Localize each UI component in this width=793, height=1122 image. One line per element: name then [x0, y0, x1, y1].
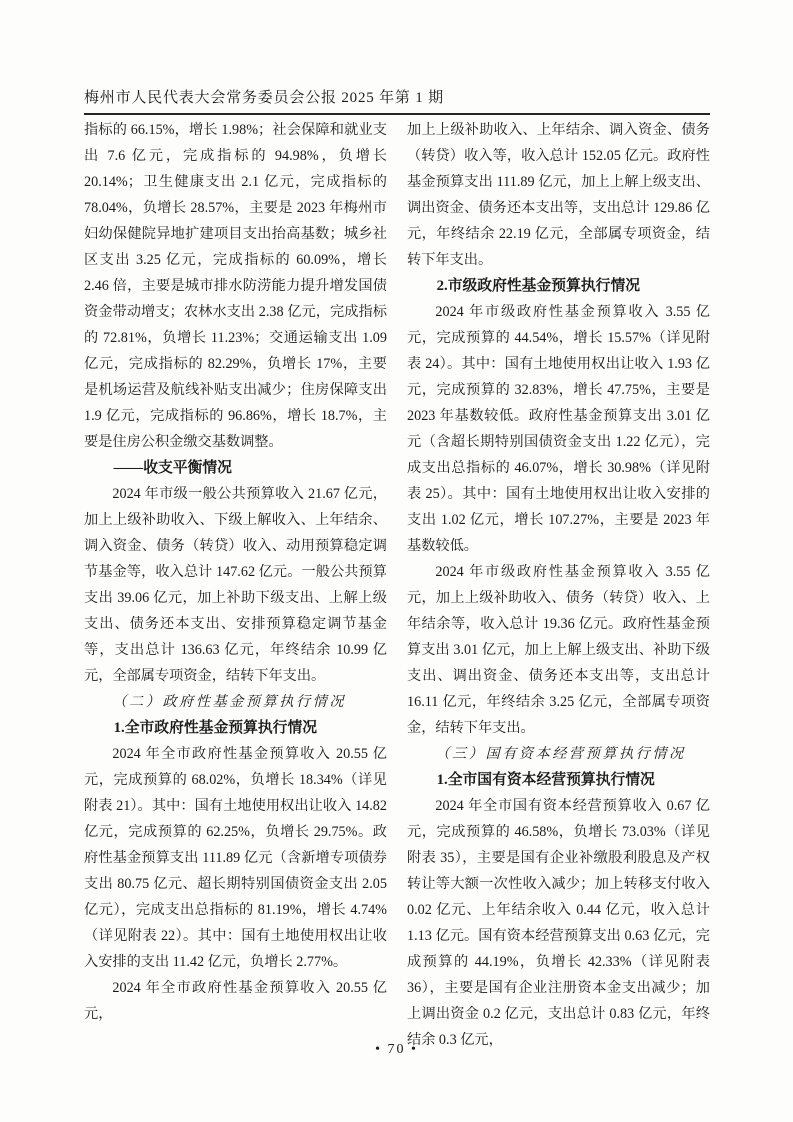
heading-state-capital-budget: （三）国有资本经营预算执行情况	[407, 741, 710, 767]
page-header: 梅州市人民代表大会常务委员会公报 2025 年第 1 期	[84, 86, 710, 115]
left-column: 指标的 66.15%，增长 1.98%；社会保障和就业支出 7.6 亿元，完成指…	[84, 117, 387, 1053]
heading-citywide-state-capital: 1.全市国有资本经营预算执行情况	[407, 767, 710, 793]
page-number: • 70 •	[375, 1042, 418, 1057]
paragraph-citywide-fund-execution: 2024 年全市政府性基金预算收入 20.55 亿元，完成预算的 68.02%，…	[84, 741, 387, 975]
paragraph-state-capital-execution: 2024 年全市国有资本经营预算收入 0.67 亿元，完成预算的 46.58%，…	[407, 793, 710, 1053]
two-column-body: 指标的 66.15%，增长 1.98%；社会保障和就业支出 7.6 亿元，完成指…	[84, 117, 710, 1053]
header-title: 梅州市人民代表大会常务委员会公报 2025 年第 1 期	[84, 86, 710, 107]
heading-citywide-government-fund: 1.全市政府性基金预算执行情况	[84, 715, 387, 741]
heading-municipal-government-fund: 2.市级政府性基金预算执行情况	[407, 273, 710, 299]
right-column: 加上上级补助收入、上年结余、调入资金、债务（转贷）收入等，收入总计 152.05…	[407, 117, 710, 1053]
page-footer: • 70 •	[0, 1042, 793, 1058]
paragraph-citywide-fund-totals-start: 2024 年全市政府性基金预算收入 20.55 亿元，	[84, 975, 387, 1027]
heading-government-fund-budget: （二）政府性基金预算执行情况	[84, 689, 387, 715]
paragraph-municipal-fund-execution: 2024 年市级政府性基金预算收入 3.55 亿元，完成预算的 44.54%，增…	[407, 299, 710, 559]
document-page: 梅州市人民代表大会常务委员会公报 2025 年第 1 期 指标的 66.15%，…	[0, 0, 793, 1122]
paragraph-municipal-fund-totals: 2024 年市级政府性基金预算收入 3.55 亿元，加上上级补助收入、债务（转贷…	[407, 559, 710, 741]
paragraph-expenditure-indicators: 指标的 66.15%，增长 1.98%；社会保障和就业支出 7.6 亿元，完成指…	[84, 117, 387, 455]
heading-balance-of-payments: ——收支平衡情况	[84, 455, 387, 481]
paragraph-citywide-fund-totals-continued: 加上上级补助收入、上年结余、调入资金、债务（转贷）收入等，收入总计 152.05…	[407, 117, 710, 273]
header-rule	[84, 113, 710, 115]
paragraph-municipal-general-budget: 2024 年市级一般公共预算收入 21.67 亿元，加上上级补助收入、下级上解收…	[84, 481, 387, 689]
